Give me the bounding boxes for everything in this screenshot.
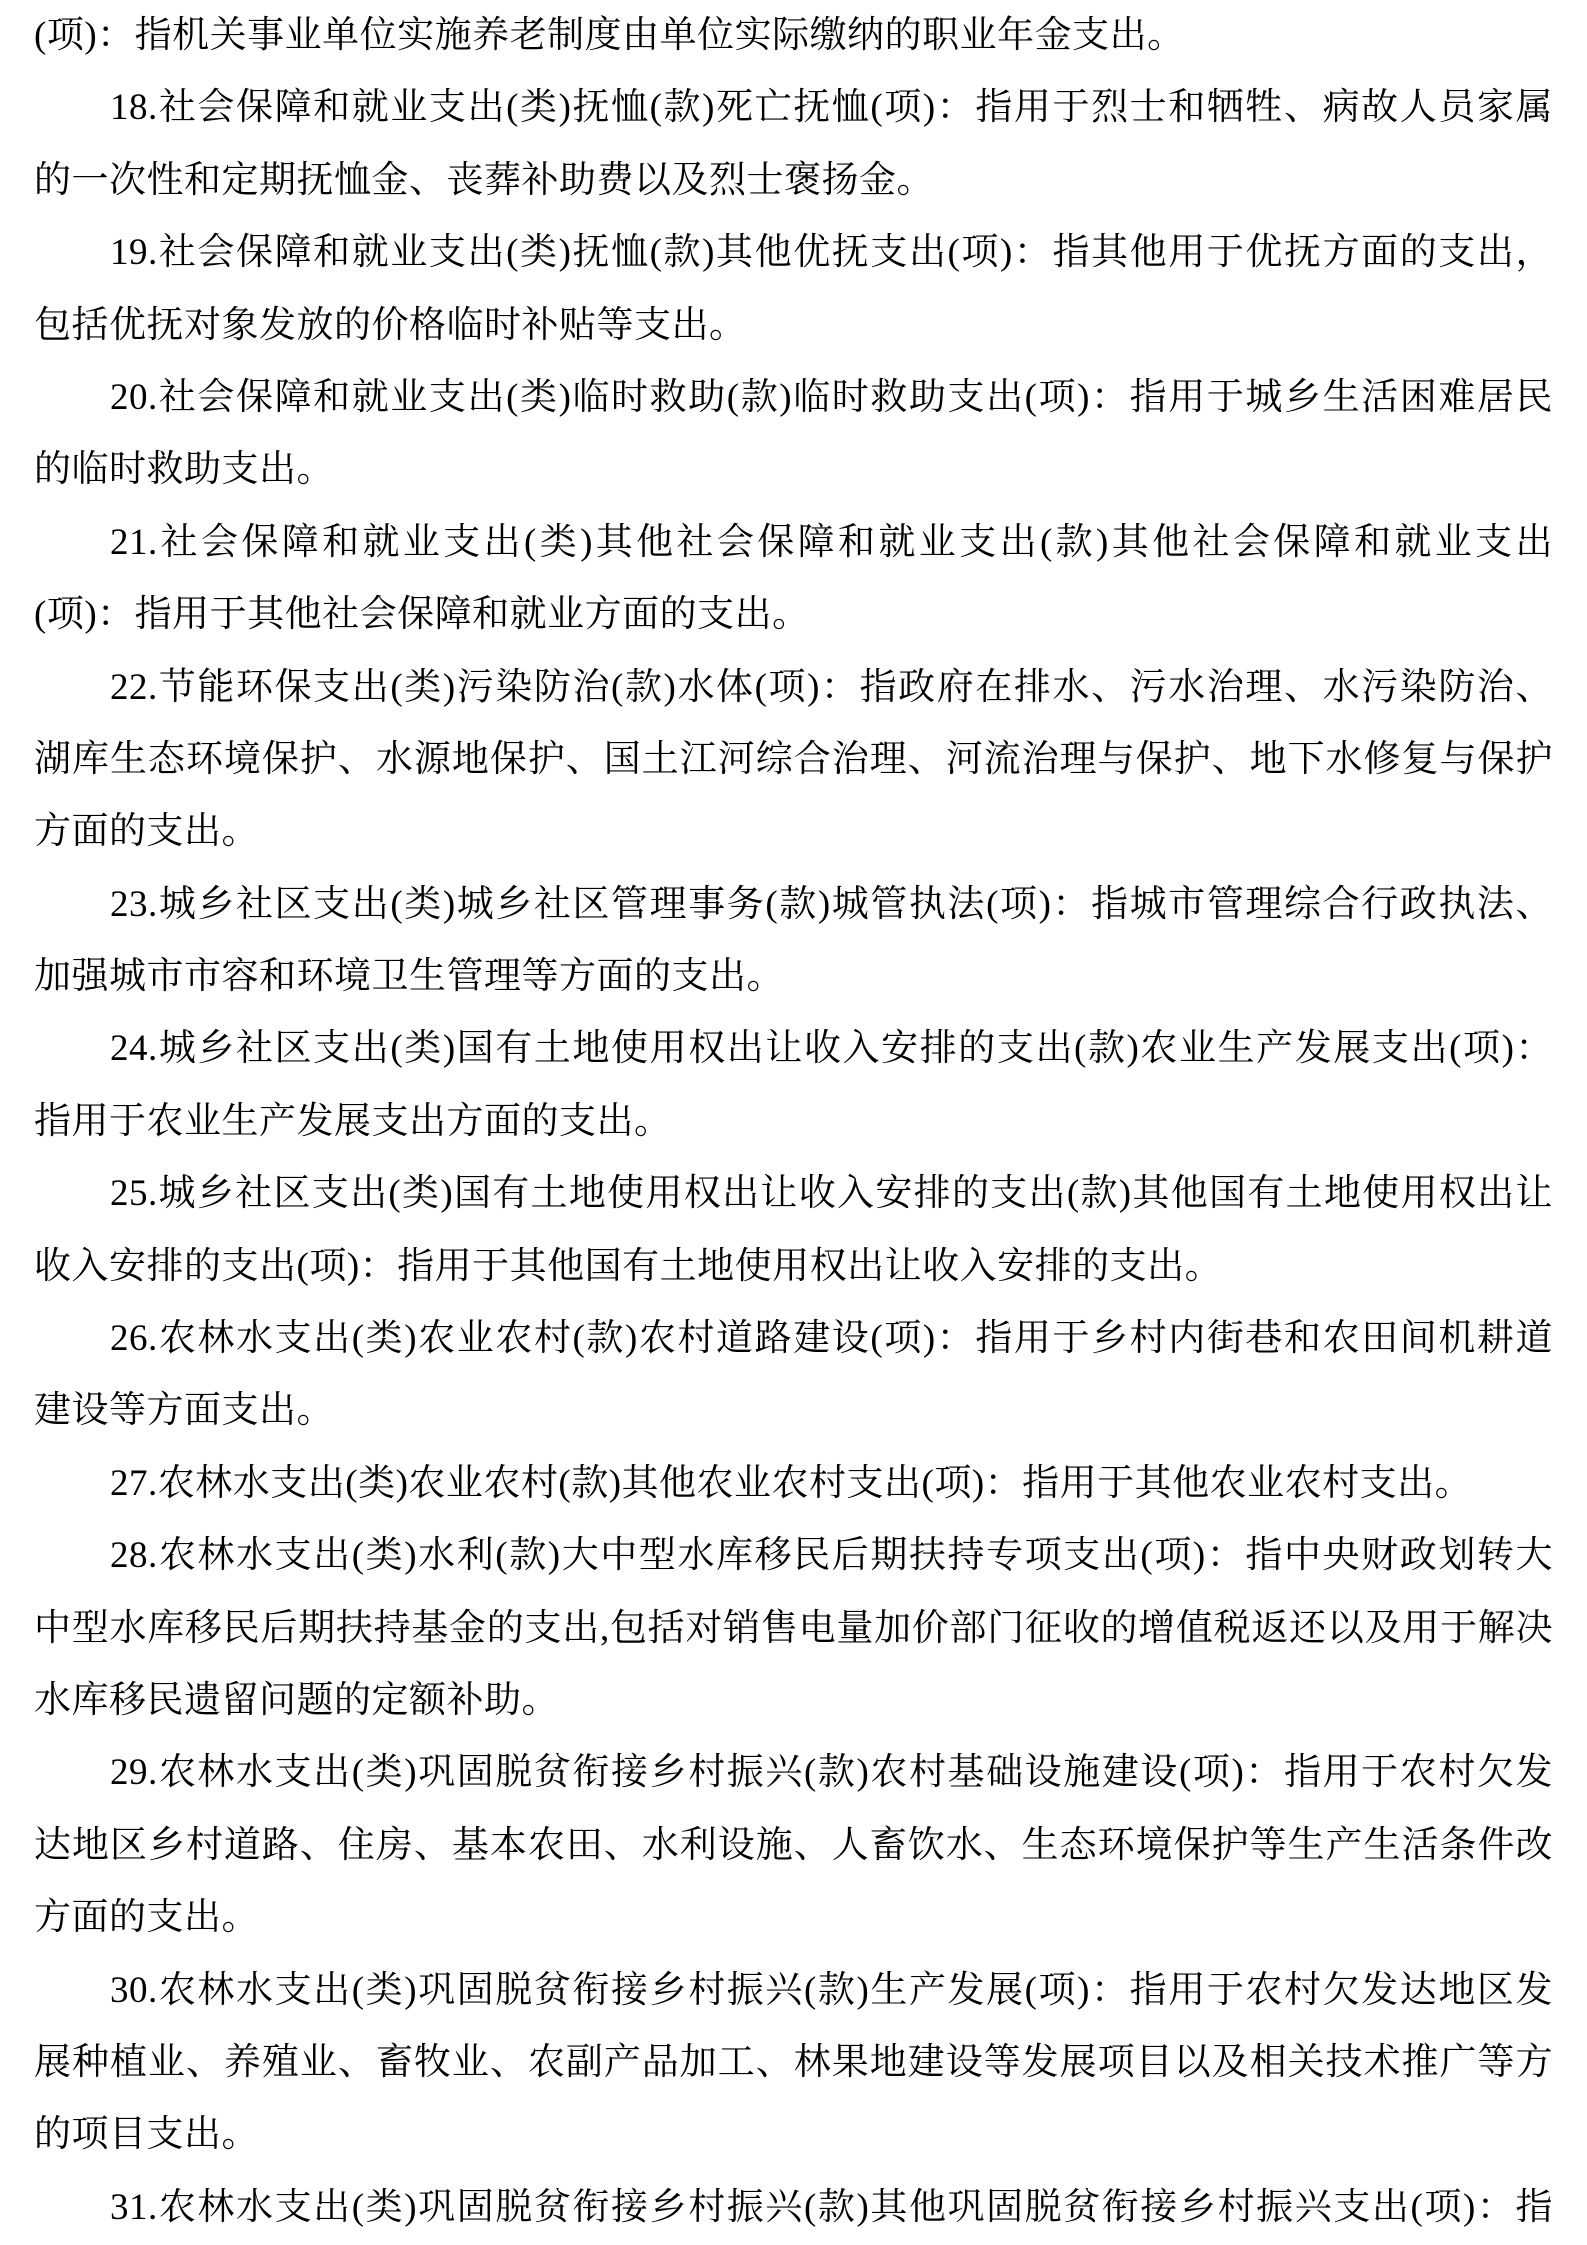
text-line: 21.社会保障和就业支出(类)其他社会保障和就业支出(款)其他社会保障和就业支出 (34, 507, 1553, 579)
text-line: 18.社会保障和就业支出(类)抚恤(款)死亡抚恤(项)：指用于烈士和牺牲、病故人… (34, 72, 1553, 144)
text-line: 方面的支出。 (34, 1882, 1553, 1954)
paragraph-continuation: (项)：指机关事业单位实施养老制度由单位实际缴纳的职业年金支出。 (34, 0, 1553, 72)
text-line: 湖库生态环境保护、水源地保护、国土江河综合治理、河流治理与保护、地下水修复与保护… (34, 724, 1553, 796)
text-line: 26.农林水支出(类)农业农村(款)农村道路建设(项)：指用于乡村内街巷和农田间… (34, 1303, 1553, 1375)
document-text-body: (项)：指机关事业单位实施养老制度由单位实际缴纳的职业年金支出。18.社会保障和… (34, 0, 1553, 2244)
text-line: 方面的支出。 (34, 796, 1553, 868)
text-line: 加强城市市容和环境卫生管理等方面的支出。 (34, 941, 1553, 1013)
text-line: 22.节能环保支出(类)污染防治(款)水体(项)：指政府在排水、污水治理、水污染… (34, 652, 1553, 724)
paragraph-item-20: 20.社会保障和就业支出(类)临时救助(款)临时救助支出(项)：指用于城乡生活困… (34, 362, 1553, 507)
text-line: 24.城乡社区支出(类)国有土地使用权出让收入安排的支出(款)农业生产发展支出(… (34, 1013, 1553, 1085)
text-line: 23.城乡社区支出(类)城乡社区管理事务(款)城管执法(项)：指城市管理综合行政… (34, 869, 1553, 941)
text-line: 的临时救助支出。 (34, 434, 1553, 506)
paragraph-item-19: 19.社会保障和就业支出(类)抚恤(款)其他优抚支出(项)：指其他用于优抚方面的… (34, 217, 1553, 362)
paragraph-item-26: 26.农林水支出(类)农业农村(款)农村道路建设(项)：指用于乡村内街巷和农田间… (34, 1303, 1553, 1448)
paragraph-item-25: 25.城乡社区支出(类)国有土地使用权出让收入安排的支出(款)其他国有土地使用权… (34, 1158, 1553, 1303)
text-line: 31.农林水支出(类)巩固脱贫衔接乡村振兴(款)其他巩固脱贫衔接乡村振兴支出(项… (34, 2172, 1553, 2244)
text-line: 30.农林水支出(类)巩固脱贫衔接乡村振兴(款)生产发展(项)：指用于农村欠发达… (34, 1955, 1553, 2027)
text-line: 29.农林水支出(类)巩固脱贫衔接乡村振兴(款)农村基础设施建设(项)：指用于农… (34, 1737, 1553, 1809)
paragraph-item-30: 30.农林水支出(类)巩固脱贫衔接乡村振兴(款)生产发展(项)：指用于农村欠发达… (34, 1955, 1553, 2172)
document-page: (项)：指机关事业单位实施养老制度由单位实际缴纳的职业年金支出。18.社会保障和… (0, 0, 1587, 2245)
paragraph-item-24: 24.城乡社区支出(类)国有土地使用权出让收入安排的支出(款)农业生产发展支出(… (34, 1013, 1553, 1158)
text-line: 25.城乡社区支出(类)国有土地使用权出让收入安排的支出(款)其他国有土地使用权… (34, 1158, 1553, 1230)
text-line: 指用于农业生产发展支出方面的支出。 (34, 1086, 1553, 1158)
text-line: (项)：指用于其他社会保障和就业方面的支出。 (34, 579, 1553, 651)
text-line: 27.农林水支出(类)农业农村(款)其他农业农村支出(项)：指用于其他农业农村支… (34, 1448, 1553, 1520)
paragraph-item-21: 21.社会保障和就业支出(类)其他社会保障和就业支出(款)其他社会保障和就业支出… (34, 507, 1553, 652)
text-line: 水库移民遗留问题的定额补助。 (34, 1665, 1553, 1737)
text-line: 28.农林水支出(类)水利(款)大中型水库移民后期扶持专项支出(项)：指中央财政… (34, 1520, 1553, 1592)
text-line: 中型水库移民后期扶持基金的支出,包括对销售电量加价部门征收的增值税返还以及用于解… (34, 1593, 1553, 1665)
paragraph-item-28: 28.农林水支出(类)水利(款)大中型水库移民后期扶持专项支出(项)：指中央财政… (34, 1520, 1553, 1737)
text-line: 建设等方面支出。 (34, 1375, 1553, 1447)
text-line: 收入安排的支出(项)：指用于其他国有土地使用权出让收入安排的支出。 (34, 1231, 1553, 1303)
paragraph-item-22: 22.节能环保支出(类)污染防治(款)水体(项)：指政府在排水、污水治理、水污染… (34, 652, 1553, 869)
paragraph-item-23: 23.城乡社区支出(类)城乡社区管理事务(款)城管执法(项)：指城市管理综合行政… (34, 869, 1553, 1014)
text-line: 展种植业、养殖业、畜牧业、农副产品加工、林果地建设等发展项目以及相关技术推广等方… (34, 2027, 1553, 2099)
paragraph-item-31: 31.农林水支出(类)巩固脱贫衔接乡村振兴(款)其他巩固脱贫衔接乡村振兴支出(项… (34, 2172, 1553, 2244)
text-line: 19.社会保障和就业支出(类)抚恤(款)其他优抚支出(项)：指其他用于优抚方面的… (34, 217, 1553, 289)
text-line: 的一次性和定期抚恤金、丧葬补助费以及烈士褒扬金。 (34, 145, 1553, 217)
paragraph-item-27: 27.农林水支出(类)农业农村(款)其他农业农村支出(项)：指用于其他农业农村支… (34, 1448, 1553, 1520)
text-line: 包括优抚对象发放的价格临时补贴等支出。 (34, 290, 1553, 362)
text-line: 达地区乡村道路、住房、基本农田、水利设施、人畜饮水、生态环境保护等生产生活条件改… (34, 1810, 1553, 1882)
paragraph-item-18: 18.社会保障和就业支出(类)抚恤(款)死亡抚恤(项)：指用于烈士和牺牲、病故人… (34, 72, 1553, 217)
text-line: 20.社会保障和就业支出(类)临时救助(款)临时救助支出(项)：指用于城乡生活困… (34, 362, 1553, 434)
paragraph-item-29: 29.农林水支出(类)巩固脱贫衔接乡村振兴(款)农村基础设施建设(项)：指用于农… (34, 1737, 1553, 1954)
text-line: 的项目支出。 (34, 2099, 1553, 2171)
text-line: (项)：指机关事业单位实施养老制度由单位实际缴纳的职业年金支出。 (34, 0, 1553, 72)
